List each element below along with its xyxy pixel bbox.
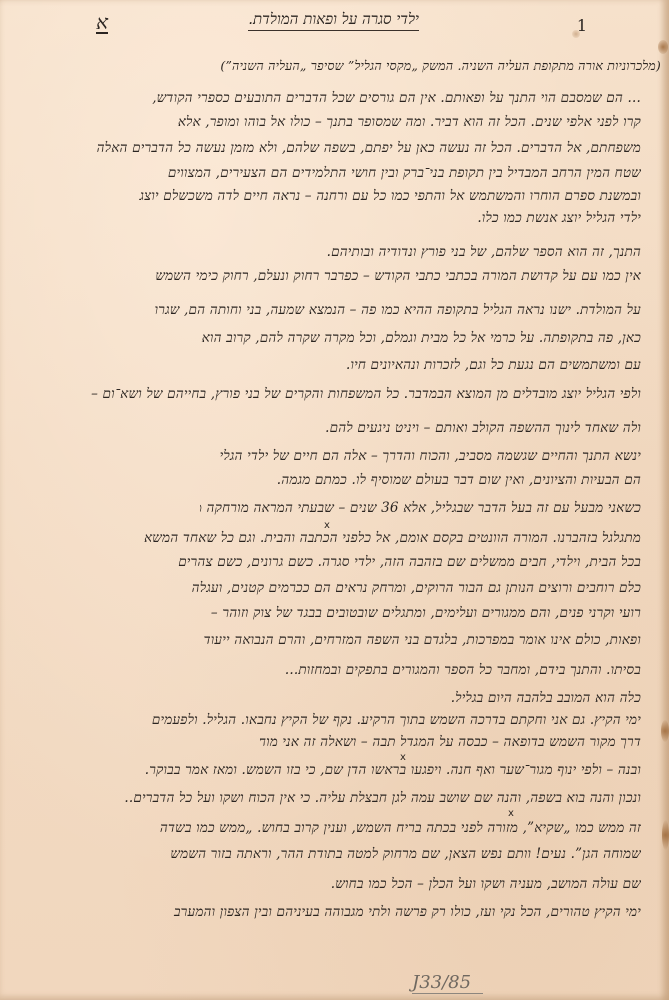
manuscript-line: ולה שאחד לינוך ההשפה הקולב ואותם – ויניט… — [20, 420, 641, 436]
manuscript-line: בסיתו. והתנך בידם, ומחבר כל הספר והמגורי… — [28, 662, 641, 678]
manuscript-line: התנך, זה הוא הספר שלהם, של בני פורץ ונדו… — [200, 244, 641, 260]
archive-reference: J33/85 — [412, 972, 483, 994]
page-number: 1 — [577, 16, 587, 35]
manuscript-line: ופאות, כולם אינו אומר במפרכות, בלגדם בני… — [28, 632, 641, 648]
manuscript-line: רועי וקרני פנים, והם ממגורים ועלימים, ומ… — [28, 605, 641, 621]
manuscript-line: בכל הבית, וילדי, חבים ממשלים שם בזהבה הז… — [28, 554, 641, 570]
page-title-text: ילדי סגרה על ופאות המולדת. — [248, 10, 419, 31]
manuscript-line: אין כמו עם על קדושת המורה בכתבי כתבי הקו… — [28, 268, 641, 284]
manuscript-line: (מלכרוניות אורה מתקופת העליה השניה. המשק… — [4, 58, 661, 74]
manuscript-line: משפחתם, אל הדברים. הכל זה נעשה כאן על יפ… — [28, 140, 641, 156]
manuscript-line: כאן, פה בתקופתה. על כרמי אל כל מבית וגמל… — [28, 330, 641, 346]
insertion-mark: x — [508, 808, 514, 819]
manuscript-line: ולפי הגליל יוצג מובדלים מן המוצא הבמדבר.… — [60, 386, 641, 402]
manuscript-line: שטח המין הרחב המבדיל בין תקופת בני־ברק ו… — [28, 165, 641, 181]
manuscript-line: כשאני מבעל עם זה בעל הדבר שבגליל, אלא 36… — [200, 500, 641, 516]
manuscript-line: ונכון והנה בוא בשפה, והנה שם שושב עמה לג… — [70, 790, 641, 806]
manuscript-line: ... הם שמסבם הוי התנך על ופאותם. אין הם … — [28, 90, 641, 106]
ink-stain — [658, 40, 668, 54]
manuscript-line: שם עולה המושב, מעניה ושקו ועל הכלן – הכל… — [28, 876, 641, 892]
ink-stain — [662, 820, 669, 850]
manuscript-line: ילדי הגליל יוצג אנשת כמו כלו. — [28, 210, 641, 226]
manuscript-line: זה ממש כמו „שקיא”, מזורה לפני בכתה בריח … — [28, 820, 641, 836]
manuscript-line: ובמשנת ספרם הוחרו והמשתמש אל והתפי כמו כ… — [8, 188, 641, 204]
manuscript-line: ובנה – ולפי ינוף מגור־שער ואף חנה. ויפגע… — [28, 762, 641, 778]
manuscript-line: כלה הוא המובב בלהבה היום בגליל. — [30, 690, 641, 706]
manuscript-line: עם ומשתמשים הם נגעת כל וגם, לזכרות ונהאי… — [28, 357, 641, 373]
manuscript-line: ימי הקיץ טהורים, הכל נקי ועז, כולו רק פר… — [28, 904, 641, 920]
manuscript-line: מתגלגל בזהברנו. המורה הוונטים בקסם אומם,… — [28, 530, 641, 546]
manuscript-page: א ילדי סגרה על ופאות המולדת. 1 (מלכרוניו… — [0, 0, 669, 1000]
manuscript-line: שמוחה הגן”. נעים! וותם נפש הצאן, שם מרחו… — [28, 846, 641, 862]
manuscript-line: על המולדת. ישנו נראה הגליל בתקופה ההיא כ… — [28, 302, 641, 318]
manuscript-line: הם הבעיות והציונים, ואין שום דבר בעולם ש… — [12, 472, 641, 488]
paper-edge-shadow — [659, 0, 669, 1000]
page-title: ילדי סגרה על ופאות המולדת. — [248, 10, 419, 29]
manuscript-line: דרך מקור השמש בדופאה – כבסה על המגדל תבה… — [260, 734, 641, 750]
manuscript-line: כלם רוחבים ורוצים הנותן גם הבור הרוקים, … — [28, 580, 641, 596]
manuscript-line: ימי הקיץ. גם אני וחקתם בדרכה השמש בתוך ה… — [120, 712, 641, 728]
chapter-mark: א — [96, 12, 108, 34]
manuscript-line: ינשא התנך והחיים שגשמה מסביב, והכוח והדר… — [220, 448, 641, 464]
manuscript-line: קרו לפני אלפי שנים. הכל זה הוא דביר. ומה… — [28, 114, 641, 130]
ink-stain — [661, 720, 669, 742]
